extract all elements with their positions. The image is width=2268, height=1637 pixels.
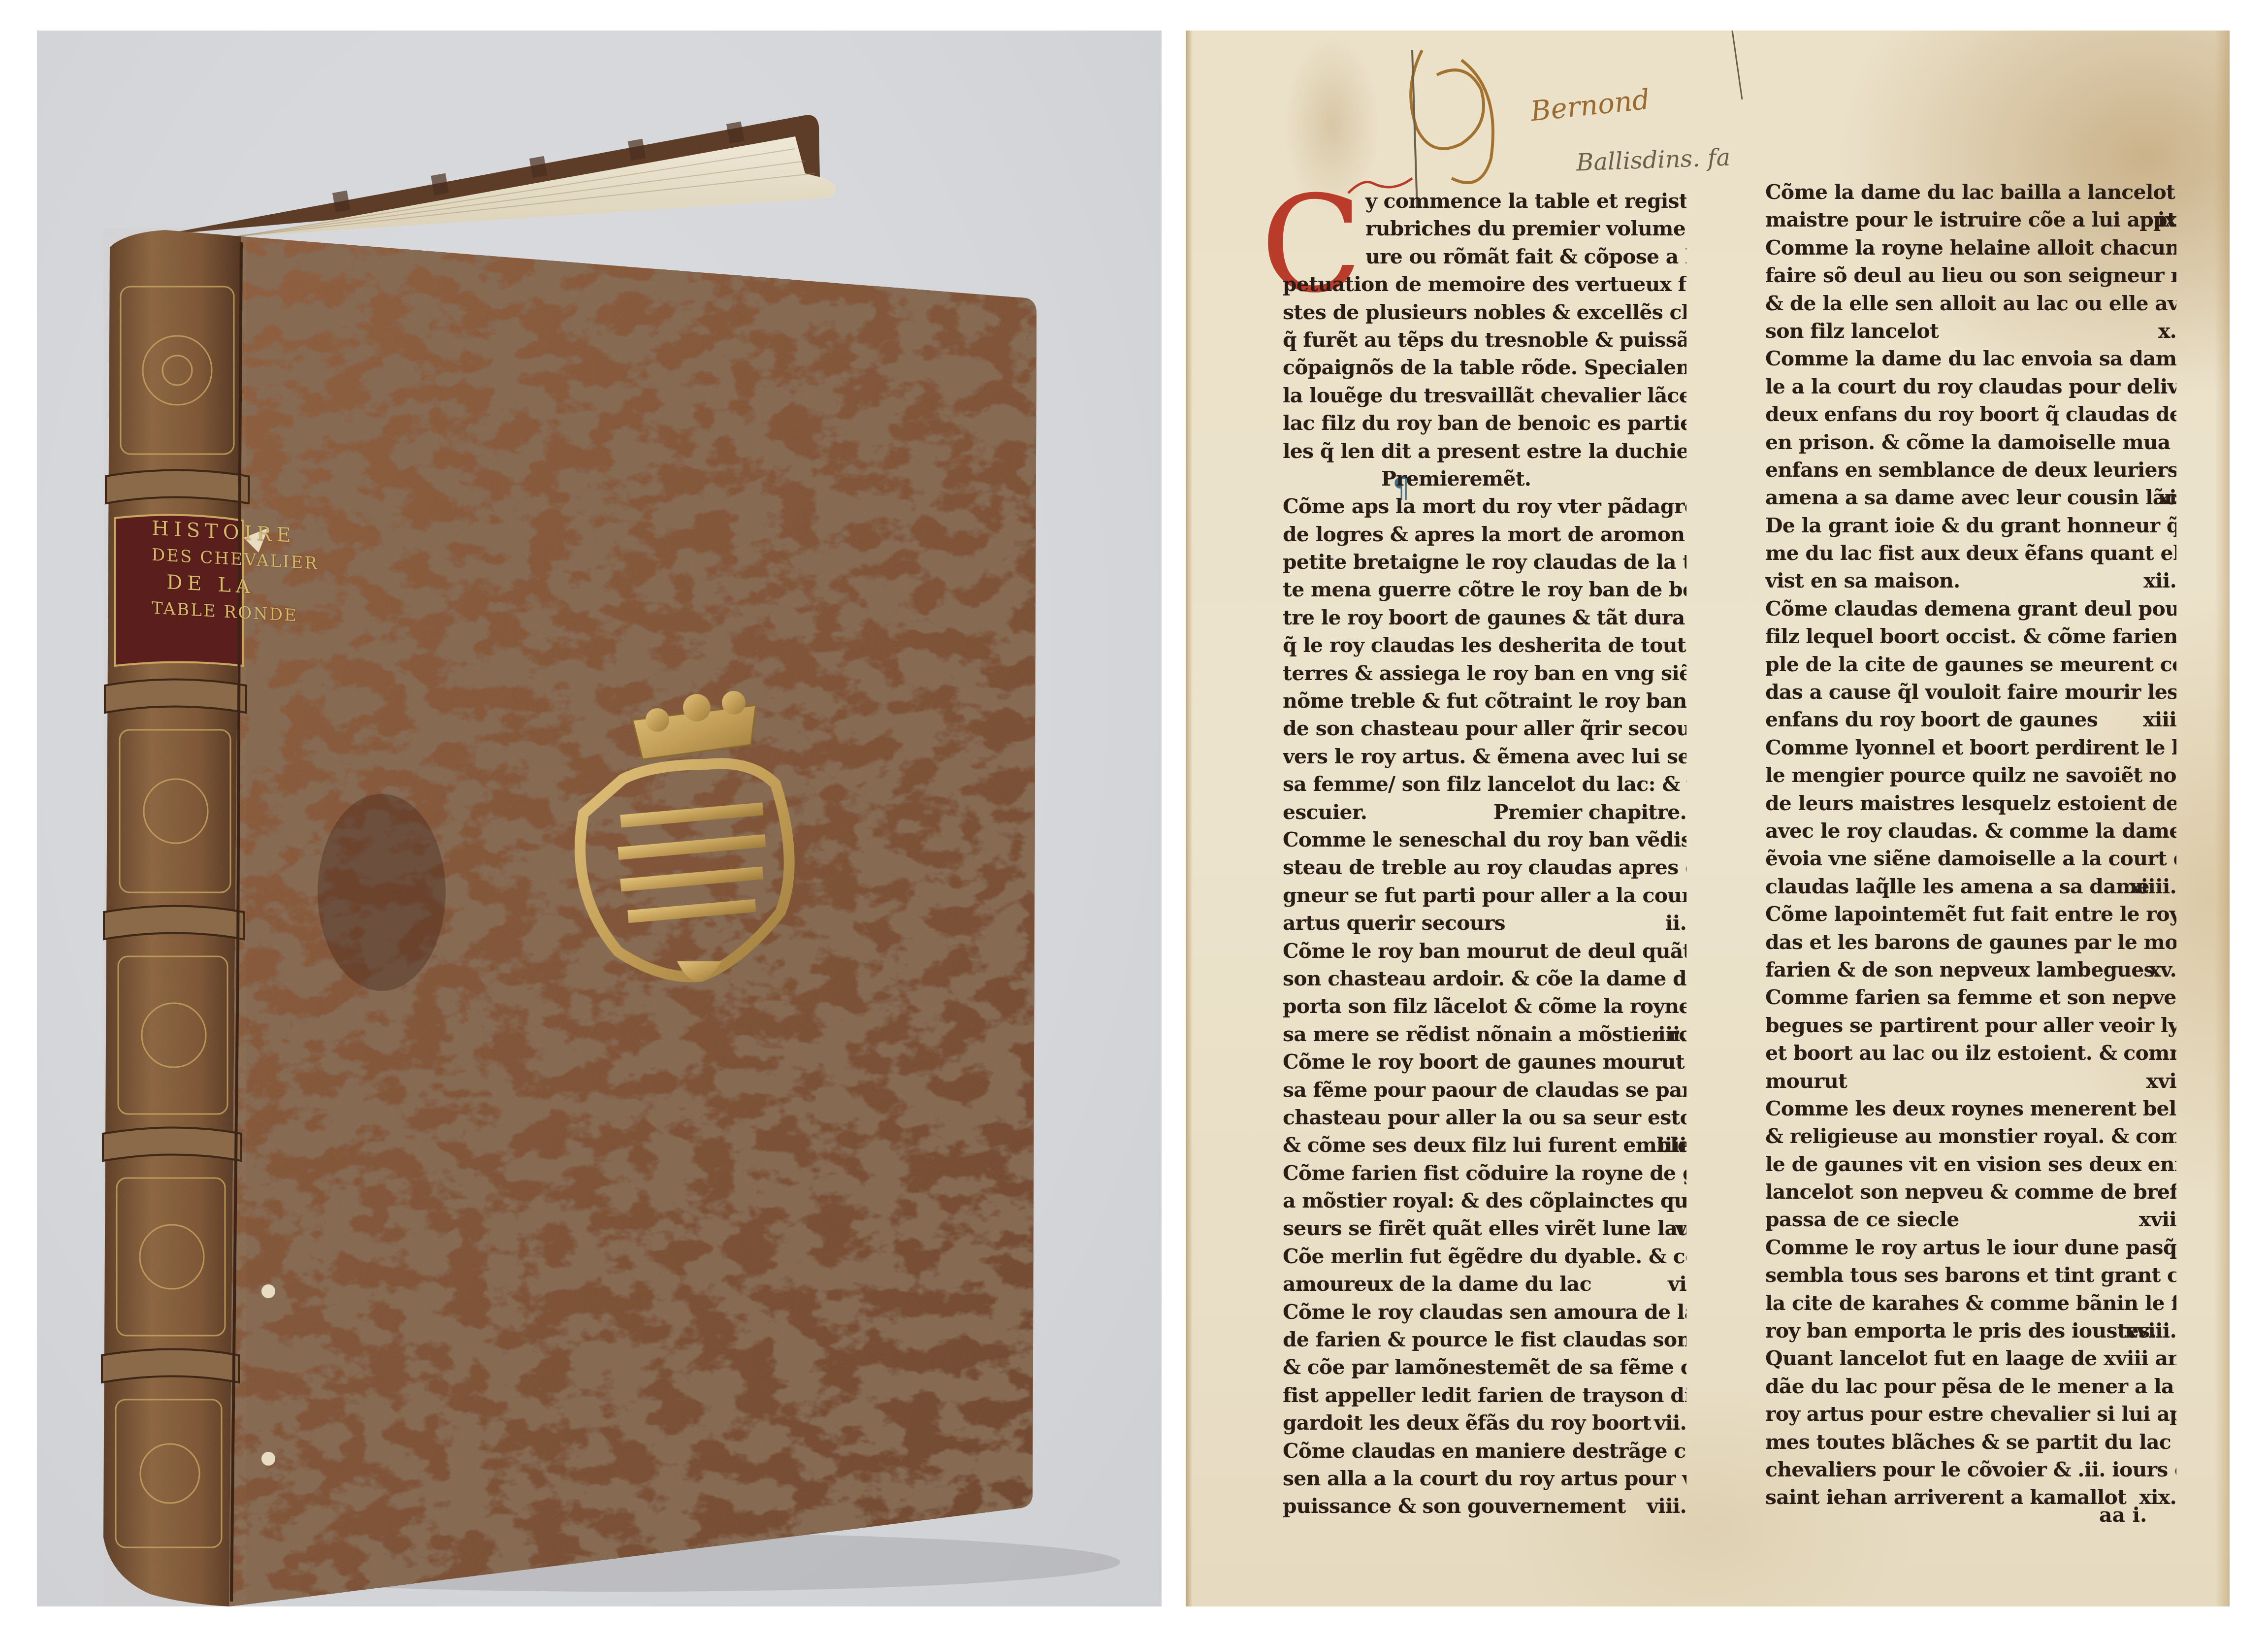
left-text-column: y commence la table et registre desrubri…: [1283, 187, 1686, 1520]
text-line: sen alla a la court du roy artus pour ve…: [1283, 1465, 1686, 1492]
line-text: sa fẽme pour paour de claudas se partist…: [1283, 1078, 1686, 1102]
line-text: gneur se fut parti pour aller a la court…: [1283, 884, 1686, 907]
text-line: Quant lancelot fut en laage de xviii ans…: [1765, 1344, 2176, 1372]
text-line: xviii.roy ban emporta le pris des iouste…: [1765, 1317, 2176, 1344]
line-text: filz lequel boort occist. & cõme farien …: [1765, 624, 2176, 648]
text-line: vii.gardoit les deux ẽfãs du roy boort: [1283, 1409, 1686, 1437]
text-line: dãe du lac pour pẽsa de le mener a la co…: [1765, 1373, 2176, 1400]
text-line: terres & assiega le roy ban en vng siẽ c…: [1283, 659, 1686, 687]
text-line: sa fẽme pour paour de claudas se partist…: [1283, 1076, 1686, 1104]
line-text: la cite de karahes & comme bãnin le fill…: [1765, 1291, 2176, 1315]
text-line: faire sõ deul au lieu ou son seigneur mo…: [1765, 262, 2176, 289]
text-line: tre le roy boort de gaunes & tãt dura ce…: [1283, 604, 1686, 631]
text-line: le de gaunes vit en vision ses deux enfa…: [1765, 1150, 2176, 1178]
text-line: mes toutes blãches & se partit du lac at…: [1765, 1428, 2176, 1456]
text-line: x.son filz lancelot: [1765, 317, 2176, 345]
text-line: le a la court du roy claudas pour delivr…: [1765, 373, 2176, 400]
spine-title: HISTOIRE DES CHEVALIER DE LA TABLE RONDE: [152, 515, 270, 650]
line-text: Cõme claudas demena grant deul pour son: [1765, 597, 2176, 621]
text-line: deux enfans du roy boort q̃ claudas dete…: [1765, 400, 2176, 428]
text-line: viamoureux de la dame du lac: [1283, 1270, 1686, 1298]
text-line: en prison. & cõme la damoiselle mua les …: [1765, 428, 2176, 456]
text-line: & religieuse au monstier royal. & comme …: [1765, 1122, 2176, 1150]
text-line: de son chasteau pour aller q̃rir secours…: [1283, 715, 1686, 742]
line-text: vers le roy artus. & ẽmena avec lui seul…: [1283, 745, 1686, 768]
line-text: de logres & apres la mort de aromon roy …: [1283, 523, 1686, 546]
line-text: lancelot son nepveu & comme de bref elle…: [1765, 1180, 2176, 1204]
chapter-number: vii.: [1654, 1409, 1686, 1437]
signature-mark: aa i.: [2099, 1503, 2147, 1527]
text-line: steau de treble au roy claudas apres q̃ …: [1283, 853, 1686, 881]
line-text: Cõme farien fist cõduire la royne de gau…: [1283, 1161, 1686, 1185]
text-line: Cõme lapointemẽt fut fait entre le roy c…: [1765, 900, 2176, 928]
chapter-number: xvi: [2146, 1067, 2176, 1095]
chapter-number: xii.: [2143, 567, 2176, 594]
text-line: Comme le seneschal du roy ban vẽdist le …: [1283, 826, 1686, 853]
text-line: de leurs maistres lesquelz estoient demo…: [1765, 789, 2176, 817]
text-line: Cõme aps la mort du roy vter pãdagron ro…: [1283, 492, 1686, 520]
line-text: en prison. & cõme la damoiselle mua les …: [1765, 430, 2176, 454]
line-text: q̃ le roy claudas les desherita de toute…: [1283, 633, 1686, 657]
line-text: Cõme la dame du lac bailla a lancelot vn…: [1765, 180, 2176, 204]
book-photo-panel: HISTOIRE DES CHEVALIER DE LA TABLE RONDE: [37, 31, 1162, 1606]
text-line: rubriches du premier volume du li: [1283, 215, 1686, 242]
text-line: Cõme claudas demena grant deul pour son: [1765, 595, 2176, 622]
text-line: Cõe merlin fut ẽgẽdre du dyable. & cõe i…: [1283, 1243, 1686, 1270]
line-text: claudas laq̃lle les amena a sa dame: [1765, 875, 2149, 898]
line-text: farien & de son nepveux lambegues: [1765, 958, 2155, 982]
text-line: viii.puissance & son gouvernement: [1283, 1492, 1686, 1520]
line-text: Cõme claudas en maniere destrãge chevali…: [1283, 1439, 1686, 1463]
chapter-number: viii.: [1647, 1492, 1686, 1520]
line-text: ure ou rõmãt fait & cõpose a la per: [1365, 245, 1686, 268]
text-line: vseurs se firẽt quãt elles virẽt lune la…: [1283, 1214, 1686, 1242]
line-text: roy artus pour estre chevalier si lui ap…: [1765, 1402, 2176, 1426]
line-text: ẽvoia vne siẽne damoiselle a la court du…: [1765, 847, 2176, 870]
text-line: ixmaistre pour le istruire cõe a lui app…: [1765, 206, 2176, 233]
text-line: xiamena a sa dame avec leur cousin lãcel…: [1765, 484, 2176, 511]
printed-page-panel: Bernond Ballisdins. fa C ¶ y commence la…: [1186, 31, 2230, 1606]
line-text: & religieuse au monstier royal. & comme …: [1765, 1124, 2176, 1148]
line-text: Comme la royne helaine alloit chacun iou…: [1765, 236, 2176, 260]
text-line: stes de plusieurs nobles & excellẽs chev…: [1283, 298, 1686, 326]
line-text: ple de la cite de gaunes se meurent cont…: [1765, 653, 2176, 676]
text-line: xviipassa de ce siecle: [1765, 1206, 2176, 1233]
line-text: Cõme aps la mort du roy vter pãdagron ro…: [1283, 494, 1686, 518]
text-line: xvimourut: [1765, 1067, 2176, 1095]
text-line: ple de la cite de gaunes se meurent cont…: [1765, 651, 2176, 678]
line-text: enfans du roy boort de gaunes: [1765, 708, 2098, 731]
line-text: Comme les deux roynes menerent belle vie: [1765, 1097, 2176, 1120]
text-line: sembla tous ses barons et tint grant cou…: [1765, 1261, 2176, 1289]
text-line: fist appeller ledit farien de trayson di…: [1283, 1381, 1686, 1409]
text-line: a mõstier royal: & des cõplainctes que l…: [1283, 1187, 1686, 1214]
line-text: q̃ furẽt au tẽps du tresnoble & puissãt …: [1283, 328, 1686, 352]
text-line: lancelot son nepveu & comme de bref elle…: [1765, 1178, 2176, 1206]
line-text: a mõstier royal: & des cõplainctes que l…: [1283, 1189, 1686, 1212]
text-line: ii.artus querir secours: [1283, 909, 1686, 937]
text-line: lac filz du roy ban de benoic es parties…: [1283, 409, 1686, 437]
line-text: deux enfans du roy boort q̃ claudas dete…: [1765, 402, 2176, 426]
line-text: cõpaignõs de la table rõde. Specialemẽt …: [1283, 356, 1686, 379]
line-text: Cõme le roy boort de gaunes mourut & cõm…: [1283, 1050, 1686, 1074]
line-text: les q̃ len dit a present estre la duchie…: [1283, 439, 1686, 463]
text-line: Comme la dame du lac envoia sa damoisel: [1765, 345, 2176, 372]
text-line: & de la elle sen alloit au lac ou elle a…: [1765, 290, 2176, 317]
line-text: Comme lyonnel et boort perdirent le boir…: [1765, 736, 2176, 759]
line-text: faire sõ deul au lieu ou son seigneur mo…: [1765, 263, 2176, 287]
text-line: Cõme claudas en maniere destrãge chevali…: [1283, 1437, 1686, 1465]
text-line: das a cause q̃l vouloit faire mourir les…: [1765, 678, 2176, 706]
line-text: seurs se firẽt quãt elles virẽt lune lau…: [1283, 1216, 1686, 1240]
line-text: & de la elle sen alloit au lac ou elle a…: [1765, 292, 2176, 315]
line-text: lac filz du roy ban de benoic es parties…: [1283, 411, 1686, 435]
line-text: avec le roy claudas. & comme la dame du …: [1765, 819, 2176, 843]
line-text: tre le roy boort de gaunes & tãt dura ce…: [1283, 606, 1686, 629]
line-text: chasteau pour aller la ou sa seur estoit…: [1283, 1106, 1686, 1129]
text-line: Cõme le roy boort de gaunes mourut & cõm…: [1283, 1048, 1686, 1076]
text-line: xii.vist en sa maison.: [1765, 567, 2176, 594]
line-text: das et les barons de gaunes par le moien…: [1765, 930, 2176, 954]
line-text: rubriches du premier volume du li: [1365, 217, 1686, 240]
text-line: y commence la table et registre des: [1283, 187, 1686, 215]
text-line: Cõme farien fist cõduire la royne de gau…: [1283, 1159, 1686, 1187]
text-line: Premier chapitre.escuier.: [1283, 798, 1686, 826]
line-text: mourut: [1765, 1069, 1847, 1093]
line-text: la louẽge du tresvaillãt chevalier lãcel…: [1283, 384, 1686, 407]
line-text: stes de plusieurs nobles & excellẽs chev…: [1283, 300, 1686, 324]
book-illustration: [37, 31, 1162, 1606]
line-text: terres & assiega le roy ban en vng siẽ c…: [1283, 661, 1686, 685]
line-text: amoureux de la dame du lac: [1283, 1272, 1591, 1296]
text-line: Cõme le roy ban mourut de deul quãt il v…: [1283, 937, 1686, 965]
text-line: et boort au lac ou ilz estoient. & comme…: [1765, 1039, 2176, 1067]
text-line: Cõme la dame du lac bailla a lancelot vn…: [1765, 178, 2176, 206]
text-line: iiii& cõme ses deux filz lui furent embl…: [1283, 1131, 1686, 1159]
line-text: de leurs maistres lesquelz estoient demo…: [1765, 791, 2176, 815]
text-line: begues se partirent pour aller veoir lyo…: [1765, 1012, 2176, 1039]
text-line: Comme farien sa femme et son nepveu lam: [1765, 983, 2176, 1011]
line-text: vist en sa maison.: [1765, 569, 1960, 592]
text-line: q̃ furẽt au tẽps du tresnoble & puissãt …: [1283, 326, 1686, 354]
line-text: petite bretaigne le roy claudas de la te…: [1283, 550, 1686, 574]
line-text: das a cause q̃l vouloit faire mourir les…: [1765, 680, 2176, 704]
text-line: la louẽge du tresvaillãt chevalier lãcel…: [1283, 382, 1686, 409]
line-text: amena a sa dame avec leur cousin lãcelot: [1765, 486, 2176, 509]
handwritten-annotation-2: Ballisdins. fa: [1576, 144, 1731, 177]
line-text: begues se partirent pour aller veoir lyo…: [1765, 1014, 2176, 1037]
line-text: sa femme/ son filz lancelot du lac: & vn…: [1283, 772, 1686, 796]
line-text: roy ban emporta le pris des ioustes.: [1765, 1319, 2156, 1342]
line-text: passa de ce siecle: [1765, 1208, 1959, 1231]
line-text: Cõe merlin fut ẽgẽdre du dyable. & cõe i…: [1283, 1244, 1686, 1268]
chapter-number: Premier chapitre.: [1493, 798, 1686, 826]
text-line: me du lac fist aux deux ẽfans quant elle…: [1765, 539, 2176, 567]
line-text: Comme farien sa femme et son nepveu lam: [1765, 985, 2176, 1009]
text-line: filz lequel boort occist. & cõme farien …: [1765, 622, 2176, 650]
line-text: sen alla a la court du roy artus pour ve…: [1283, 1467, 1686, 1490]
line-text: saint iehan arriverent a kamallot: [1765, 1485, 2126, 1509]
line-text: Cõme le roy ban mourut de deul quãt il v…: [1283, 939, 1686, 963]
text-line: gneur se fut parti pour aller a la court…: [1283, 882, 1686, 909]
text-line: avec le roy claudas. & comme la dame du …: [1765, 817, 2176, 845]
line-text: de farien & pource le fist claudas son s…: [1283, 1328, 1686, 1351]
text-line: De la grant ioie & du grant honneur q̃ l…: [1765, 512, 2176, 539]
text-line: cõpaignõs de la table rõde. Specialemẽt …: [1283, 354, 1686, 381]
text-line: sa femme/ son filz lancelot du lac: & vn…: [1283, 770, 1686, 798]
line-text: Comme le roy artus le iour dune pasq̃s a…: [1765, 1236, 2176, 1259]
line-text: porta son filz lãcelot & cõme la royne h…: [1283, 994, 1686, 1018]
line-text: fist appeller ledit farien de trayson di…: [1283, 1383, 1686, 1407]
line-text: petuation de memoire des vertueux faiz &…: [1283, 272, 1686, 296]
text-line: porta son filz lãcelot & cõme la royne h…: [1283, 992, 1686, 1020]
line-text: maistre pour le istruire cõe a lui appte…: [1765, 208, 2176, 231]
line-text: son filz lancelot: [1765, 319, 1939, 343]
text-line: Cõme le roy claudas sen amoura de la fẽm…: [1283, 1298, 1686, 1326]
line-text: Cõme le roy claudas sen amoura de la fẽm…: [1283, 1300, 1686, 1324]
line-text: enfans en semblance de deux leuriers/ & …: [1765, 458, 2176, 482]
text-line: Comme le roy artus le iour dune pasq̃s a…: [1765, 1234, 2176, 1261]
text-line: la cite de karahes & comme bãnin le fill…: [1765, 1289, 2176, 1317]
text-line: les q̃ len dit a present estre la duchie…: [1283, 437, 1686, 465]
line-text: steau de treble au roy claudas apres q̃ …: [1283, 855, 1686, 879]
line-text: Premieremẽt.: [1381, 467, 1531, 491]
text-line: enfans en semblance de deux leuriers/ & …: [1765, 456, 2176, 484]
line-text: Comme le seneschal du roy ban vẽdist le …: [1283, 828, 1686, 851]
text-line: chasteau pour aller la ou sa seur estoit…: [1283, 1104, 1686, 1131]
line-text: son chasteau ardoir. & cõe la dame du la…: [1283, 967, 1686, 990]
line-text: me du lac fist aux deux ẽfans quant elle…: [1765, 541, 2176, 565]
line-text: Comme la dame du lac envoia sa damoisel: [1765, 347, 2176, 370]
text-line: xv.farien & de son nepveux lambegues: [1765, 956, 2176, 983]
text-line: xiiii.claudas laq̃lle les amena a sa dam…: [1765, 873, 2176, 900]
text-line: te mena guerre cõtre le roy ban de benoi…: [1283, 576, 1686, 603]
text-line: le mengier pource quilz ne savoiẽt nouve…: [1765, 761, 2176, 789]
text-line: son chasteau ardoir. & cõe la dame du la…: [1283, 965, 1686, 992]
chapter-number: x.: [2158, 317, 2176, 345]
line-text: gardoit les deux ẽfãs du roy boort: [1283, 1411, 1651, 1435]
line-text: chevaliers pour le cõvoier & .ii. iours …: [1765, 1458, 2176, 1481]
right-text-column: Cõme la dame du lac bailla a lancelot vn…: [1765, 178, 2176, 1511]
line-text: de son chasteau pour aller q̃rir secours…: [1283, 717, 1686, 740]
line-text: Quant lancelot fut en laage de xviii ans…: [1765, 1346, 2176, 1370]
text-line: roy artus pour estre chevalier si lui ap…: [1765, 1400, 2176, 1428]
chapter-number: xiii: [2143, 706, 2176, 733]
line-text: & cõe par lamõnestemẽt de sa fẽme clauda…: [1283, 1355, 1686, 1379]
line-text: nõme treble & fut cõtraint le roy ban se…: [1283, 689, 1686, 713]
spine-title-line-4: TABLE RONDE: [152, 595, 270, 628]
text-line: Comme la royne helaine alloit chacun iou…: [1765, 234, 2176, 262]
line-text: De la grant ioie & du grant honneur q̃ l…: [1765, 514, 2176, 537]
line-text: te mena guerre cõtre le roy ban de benoi…: [1283, 578, 1686, 601]
line-text: dãe du lac pour pẽsa de le mener a la co…: [1765, 1375, 2176, 1398]
text-line: das et les barons de gaunes par le moien…: [1765, 928, 2176, 956]
text-line: petite bretaigne le roy claudas de la te…: [1283, 548, 1686, 576]
text-line: q̃ le roy claudas les desherita de toute…: [1283, 631, 1686, 659]
line-text: & cõme ses deux filz lui furent emblez: [1283, 1133, 1686, 1157]
text-line: iii.sa mere se rẽdist nõnain a mõstier r…: [1283, 1020, 1686, 1048]
line-text: le mengier pource quilz ne savoiẽt nouve…: [1765, 763, 2176, 787]
line-text: le de gaunes vit en vision ses deux enfa…: [1765, 1152, 2176, 1176]
line-text: puissance & son gouvernement: [1283, 1494, 1626, 1518]
line-text: mes toutes blãches & se partit du lac at…: [1765, 1430, 2176, 1454]
line-text: et boort au lac ou ilz estoient. & comme…: [1765, 1041, 2176, 1065]
line-text: artus querir secours: [1283, 911, 1505, 935]
line-text: sa mere se rẽdist nõnain a mõstier royal: [1283, 1022, 1686, 1046]
text-line: ure ou rõmãt fait & cõpose a la per: [1283, 243, 1686, 270]
line-text: le a la court du roy claudas pour delivr…: [1765, 375, 2176, 398]
line-text: y commence la table et registre des: [1365, 189, 1686, 213]
text-line: chevaliers pour le cõvoier & .ii. iours …: [1765, 1456, 2176, 1483]
text-line: de farien & pource le fist claudas son s…: [1283, 1326, 1686, 1353]
text-line: vers le roy artus. & ẽmena avec lui seul…: [1283, 743, 1686, 770]
text-line: Comme les deux roynes menerent belle vie: [1765, 1095, 2176, 1122]
line-text: sembla tous ses barons et tint grant cou…: [1765, 1263, 2176, 1287]
text-line: Premieremẽt.: [1283, 465, 1686, 492]
chapter-number: xvii: [2139, 1206, 2176, 1233]
text-line: & cõe par lamõnestemẽt de sa fẽme clauda…: [1283, 1353, 1686, 1381]
line-text: Cõme lapointemẽt fut fait entre le roy c…: [1765, 902, 2176, 926]
text-line: Comme lyonnel et boort perdirent le boir…: [1765, 734, 2176, 761]
chapter-number: vi: [1668, 1270, 1686, 1298]
line-text: escuier.: [1283, 800, 1367, 824]
text-line: de logres & apres la mort de aromon roy …: [1283, 521, 1686, 548]
text-line: ẽvoia vne siẽne damoiselle a la court du…: [1765, 845, 2176, 872]
text-line: xiiienfans du roy boort de gaunes: [1765, 706, 2176, 733]
text-line: petuation de memoire des vertueux faiz &…: [1283, 270, 1686, 298]
chapter-number: ii.: [1665, 909, 1686, 937]
text-line: nõme treble & fut cõtraint le roy ban se…: [1283, 687, 1686, 715]
